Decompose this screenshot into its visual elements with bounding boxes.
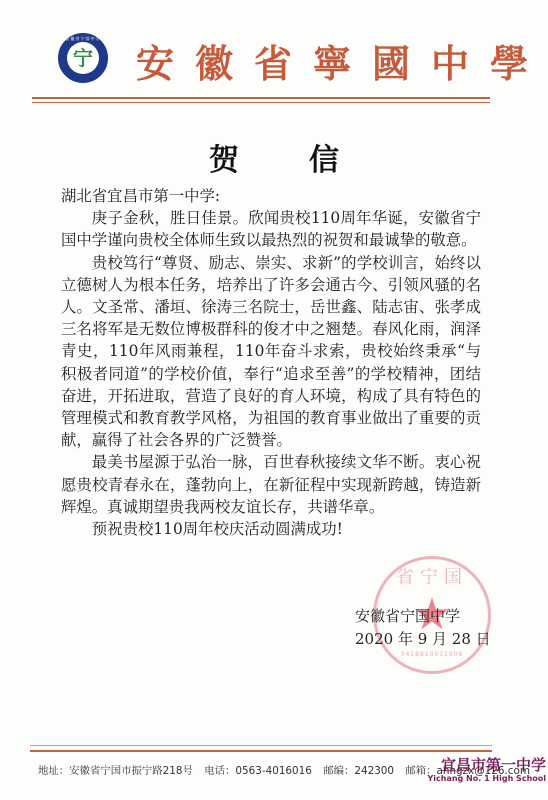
school-name: 安 徽 省 寧 國 中 學 [132,30,532,90]
watermark-cn: 宜昌市第一中学 [427,757,546,774]
emblem-center: 宁 [67,42,99,74]
letterhead-divider-thin [32,102,490,103]
watermark-en: Yichang No. 1 High School [427,774,546,784]
letter-body: 湖北省宜昌市第一中学: 庚子金秋，胜日佳景。欣闻贵校110周年华诞，安徽省宁国中… [61,185,481,540]
letter-title: 贺信 [0,135,548,179]
school-name-char: 寧 [309,33,355,88]
footer-phone: 电话：0563-4016016 [204,765,312,777]
school-name-char: 國 [368,33,414,88]
school-name-char: 徽 [191,33,237,88]
school-name-char: 學 [486,33,532,88]
letterhead-divider [32,97,490,99]
school-name-char: 省 [250,33,296,88]
school-name-char: 中 [427,33,473,88]
footer-address: 地址：安徽省宁国市振宁路218号 [38,765,193,777]
paragraph: 庚子金秋，胜日佳景。欣闻贵校110周年华诞，安徽省宁国中学谨向贵校全体师生致以最… [61,207,481,251]
school-name-char: 安 [132,33,178,88]
letterhead: 安徽省宁国中学 宁 安 徽 省 寧 國 中 學 [0,0,548,110]
seal-arc-text: 省宁国 [376,563,488,589]
footer-divider-thin [30,745,492,746]
signature-date: 2020 年 9 月 28 日 [355,627,505,651]
paragraph: 最美书屋源于弘治一脉，百世春秋接续文华不断。衷心祝愿贵校青春永在，蓬勃向上，在新… [61,451,481,518]
paragraph: 预祝贵校110周年校庆活动圆满成功! [61,518,481,540]
footer-postcode: 邮编：242300 [323,765,394,777]
letter-page: 安徽省宁国中学 宁 安 徽 省 寧 國 中 學 贺信 湖北省宜昌市第一中学: 庚… [0,0,548,800]
signature-organization: 安徽省宁国中学 [355,605,505,627]
watermark: 宜昌市第一中学 Yichang No. 1 High School [427,757,546,784]
footer-divider [30,750,492,752]
emblem-glyph: 宁 [67,44,99,72]
paragraph: 贵校笃行“尊贤、励志、崇实、求新”的学校训言，始终以立德树人为根本任务，培养出了… [61,252,481,452]
salutation: 湖北省宜昌市第一中学: [61,185,481,207]
signature-block: 安徽省宁国中学 2020 年 9 月 28 日 [355,605,505,651]
seal-code: 3418810011906 [376,651,488,658]
school-emblem-icon: 安徽省宁国中学 宁 [58,33,108,83]
